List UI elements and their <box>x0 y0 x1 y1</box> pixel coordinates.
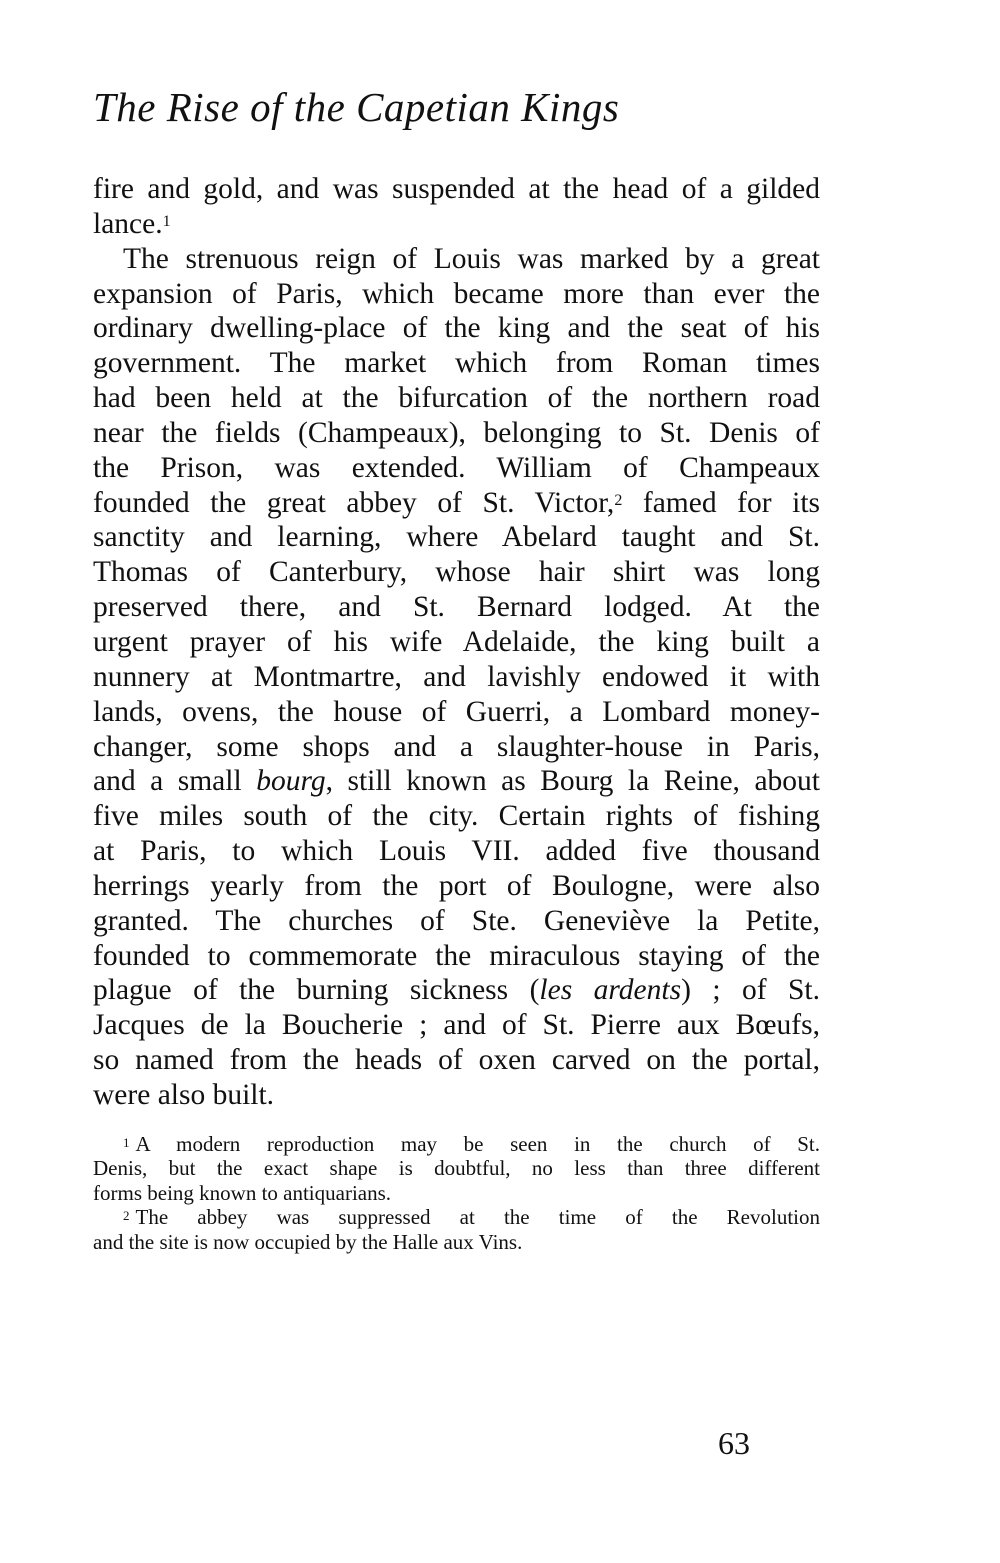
text-span: founded the great abbey of St. Victor, <box>93 487 614 519</box>
footnote-2-line: and the site is now occupied by the Hall… <box>93 1230 820 1254</box>
text-span: The abbey was suppressed at the time of … <box>136 1205 821 1229</box>
paragraph-start-line: The strenuous reign of Louis was marked … <box>93 242 820 277</box>
text-line: ordinary dwelling-place of the king and … <box>93 311 820 346</box>
text-line: government. The market which from Roman … <box>93 346 820 381</box>
text-line: had been held at the bifurcation of the … <box>93 381 820 416</box>
footnote-1-line: Denis, but the exact shape is doubtful, … <box>93 1156 820 1180</box>
footnotes: 1A modern reproduction may be seen in th… <box>93 1132 820 1254</box>
text-line: sanctity and learning, where Abelard tau… <box>93 520 820 555</box>
text-line: nunnery at Montmartre, and lavishly endo… <box>93 660 820 695</box>
footnote-ref-2[interactable]: 2 <box>614 492 622 509</box>
text-line: and a small bourg, still known as Bourg … <box>93 764 820 799</box>
text-line: urgent prayer of his wife Adelaide, the … <box>93 625 820 660</box>
text-line: the Prison, was extended. William of Cha… <box>93 451 820 486</box>
text-line: lance.1 <box>93 207 820 242</box>
text-span: famed for its <box>622 487 820 519</box>
text-span: ) ; of St. <box>681 974 820 1006</box>
text-line: five miles south of the city. Certain ri… <box>93 799 820 834</box>
text-span: A modern reproduction may be seen in the… <box>136 1132 821 1156</box>
text-line: herrings yearly from the port of Boulogn… <box>93 869 820 904</box>
italic-term: les ardents <box>539 974 681 1006</box>
running-head: The Rise of the Capetian Kings <box>93 83 619 131</box>
text-line: changer, some shops and a slaughter-hous… <box>93 730 820 765</box>
text-line: at Paris, to which Louis VII. added five… <box>93 834 820 869</box>
page-number: 63 <box>718 1425 750 1462</box>
text-span: lance. <box>93 208 163 240</box>
text-line: founded to commemorate the miraculous st… <box>93 939 820 974</box>
text-line: preserved there, and St. Bernard lodged.… <box>93 590 820 625</box>
text-line: granted. The churches of Ste. Geneviève … <box>93 904 820 939</box>
footnote-2-line: 2The abbey was suppressed at the time of… <box>93 1205 820 1229</box>
text-line: founded the great abbey of St. Victor,2 … <box>93 486 820 521</box>
footnote-marker-2: 2 <box>123 1208 130 1223</box>
text-span: , still known as Bourg la Reine, about <box>326 765 820 797</box>
text-line: were also built. <box>93 1078 820 1113</box>
text-line: near the fields (Champeaux), belonging t… <box>93 416 820 451</box>
italic-term: bourg <box>256 765 325 797</box>
text-line: expansion of Paris, which became more th… <box>93 277 820 312</box>
body-text: fire and gold, and was suspended at the … <box>93 172 820 1113</box>
footnote-ref-1[interactable]: 1 <box>163 213 171 230</box>
footnote-1-line: forms being known to antiquarians. <box>93 1181 820 1205</box>
text-line: so named from the heads of oxen carved o… <box>93 1043 820 1078</box>
text-span: and a small <box>93 765 256 797</box>
text-span: plague of the burning sickness ( <box>93 974 539 1006</box>
book-page: The Rise of the Capetian Kings fire and … <box>93 0 823 1563</box>
footnote-marker-1: 1 <box>123 1135 130 1150</box>
footnote-1-line: 1A modern reproduction may be seen in th… <box>93 1132 820 1156</box>
text-line: fire and gold, and was suspended at the … <box>93 172 820 207</box>
text-line: lands, ovens, the house of Guerri, a Lom… <box>93 695 820 730</box>
text-line: Thomas of Canterbury, whose hair shirt w… <box>93 555 820 590</box>
text-line: plague of the burning sickness (les arde… <box>93 973 820 1008</box>
text-line: Jacques de la Boucherie ; and of St. Pie… <box>93 1008 820 1043</box>
